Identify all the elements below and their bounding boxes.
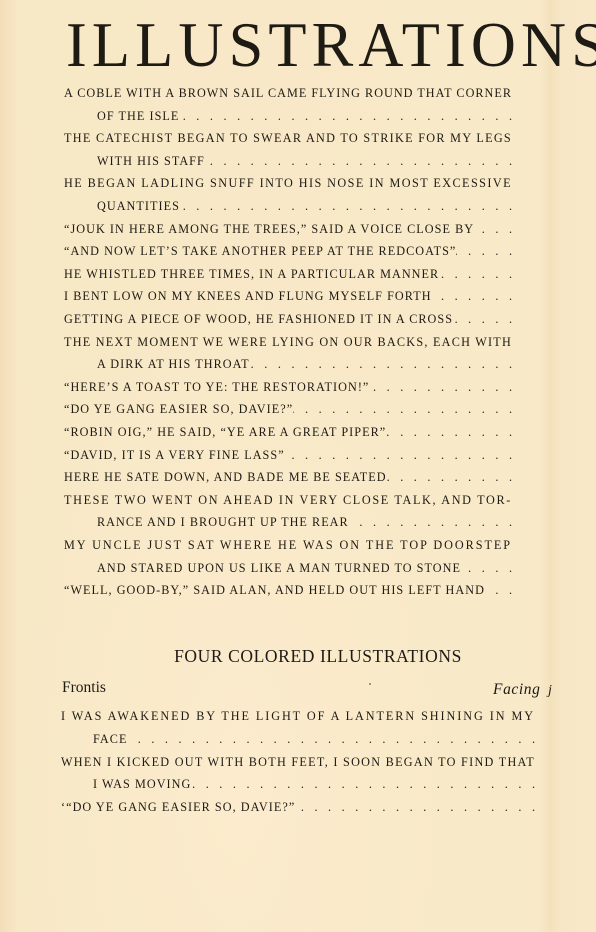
dot-leader [180, 200, 512, 212]
illustration-caption: FACE [93, 733, 127, 745]
dot-leader [191, 778, 535, 790]
illustration-caption: A COBLE WITH A BROWN SAIL CAME FLYING RO… [64, 87, 512, 99]
illustration-caption: ‘“DO YE GANG EASIER SO, DAVIE?” [61, 801, 295, 813]
illustration-caption: I WAS AWAKENED BY THE LIGHT OF A LANTERN… [61, 710, 535, 722]
dot-leader [127, 733, 535, 745]
illustration-caption: QUANTITIES [97, 200, 180, 212]
dot-leader [179, 110, 512, 122]
illustration-caption: HERE HE SATE DOWN, AND BADE ME BE SEATED [64, 471, 387, 483]
illustration-caption: “JOUK IN HERE AMONG THE TREES,” SAID A V… [64, 223, 474, 235]
dot-leader [295, 801, 535, 813]
illustration-caption: THE CATECHIST BEGAN TO SWEAR AND TO STRI… [64, 132, 512, 144]
illustration-caption: OF THE ISLE [97, 110, 179, 122]
illustration-caption: THE NEXT MOMENT WE WERE LYING ON OUR BAC… [64, 336, 512, 348]
dot-leader [456, 245, 512, 257]
illustration-caption: I WAS MOVING [93, 778, 191, 790]
dot-leader [250, 358, 512, 370]
illustration-caption: “DO YE GANG EASIER SO, DAVIE?” [64, 403, 293, 415]
paper-speck [369, 683, 371, 685]
facing-page-number-cut: j [548, 683, 552, 699]
illustration-caption: “AND NOW LET’S TAKE ANOTHER PEEP AT THE … [64, 245, 456, 257]
illustration-caption: “WELL, GOOD-BY,” SAID ALAN, AND HELD OUT… [64, 584, 485, 596]
illustration-caption: WHEN I KICKED OUT WITH BOTH FEET, I SOON… [61, 756, 535, 768]
illustration-caption: WITH HIS STAFF [97, 155, 205, 167]
dot-leader [453, 313, 512, 325]
dot-leader [439, 268, 512, 280]
illustration-caption: MY UNCLE JUST SAT WHERE HE WAS ON THE TO… [64, 539, 512, 551]
illustration-caption: “DAVID, IT IS A VERY FINE LASS” [64, 449, 285, 461]
dot-leader [205, 155, 512, 167]
dot-leader [285, 449, 512, 461]
dot-leader [390, 426, 512, 438]
dot-leader [387, 471, 512, 483]
colored-illustrations-heading: FOUR COLORED ILLUSTRATIONS [0, 646, 596, 667]
illustration-caption: AND STARED UPON US LIKE A MAN TURNED TO … [97, 562, 461, 574]
dot-leader [293, 403, 512, 415]
page-title: ILLUSTRATIONS [66, 14, 596, 77]
illustration-caption: THESE TWO WENT ON AHEAD IN VERY CLOSE TA… [64, 494, 512, 506]
frontis-label: Frontis [62, 679, 106, 697]
illustration-caption: A DIRK AT HIS THROAT [97, 358, 250, 370]
dot-leader [432, 290, 512, 302]
illustration-caption: RANCE AND I BROUGHT UP THE REAR [97, 516, 349, 528]
dot-leader [349, 516, 512, 528]
facing-label: Facing [493, 681, 541, 699]
illustration-caption: “HERE’S A TOAST TO YE: THE RESTORATION!” [64, 381, 369, 393]
illustration-caption: HE BEGAN LADLING SNUFF INTO HIS NOSE IN … [64, 177, 512, 189]
dot-leader [485, 584, 512, 596]
dot-leader [461, 562, 512, 574]
illustration-caption: “ROBIN OIG,” HE SAID, “YE ARE A GREAT PI… [64, 426, 390, 438]
illustration-caption: I BENT LOW ON MY KNEES AND FLUNG MYSELF … [64, 290, 432, 302]
illustration-caption: GETTING A PIECE OF WOOD, HE FASHIONED IT… [64, 313, 453, 325]
dot-leader [474, 223, 512, 235]
illustration-caption: HE WHISTLED THREE TIMES, IN A PARTICULAR… [64, 268, 439, 280]
dot-leader [369, 381, 512, 393]
